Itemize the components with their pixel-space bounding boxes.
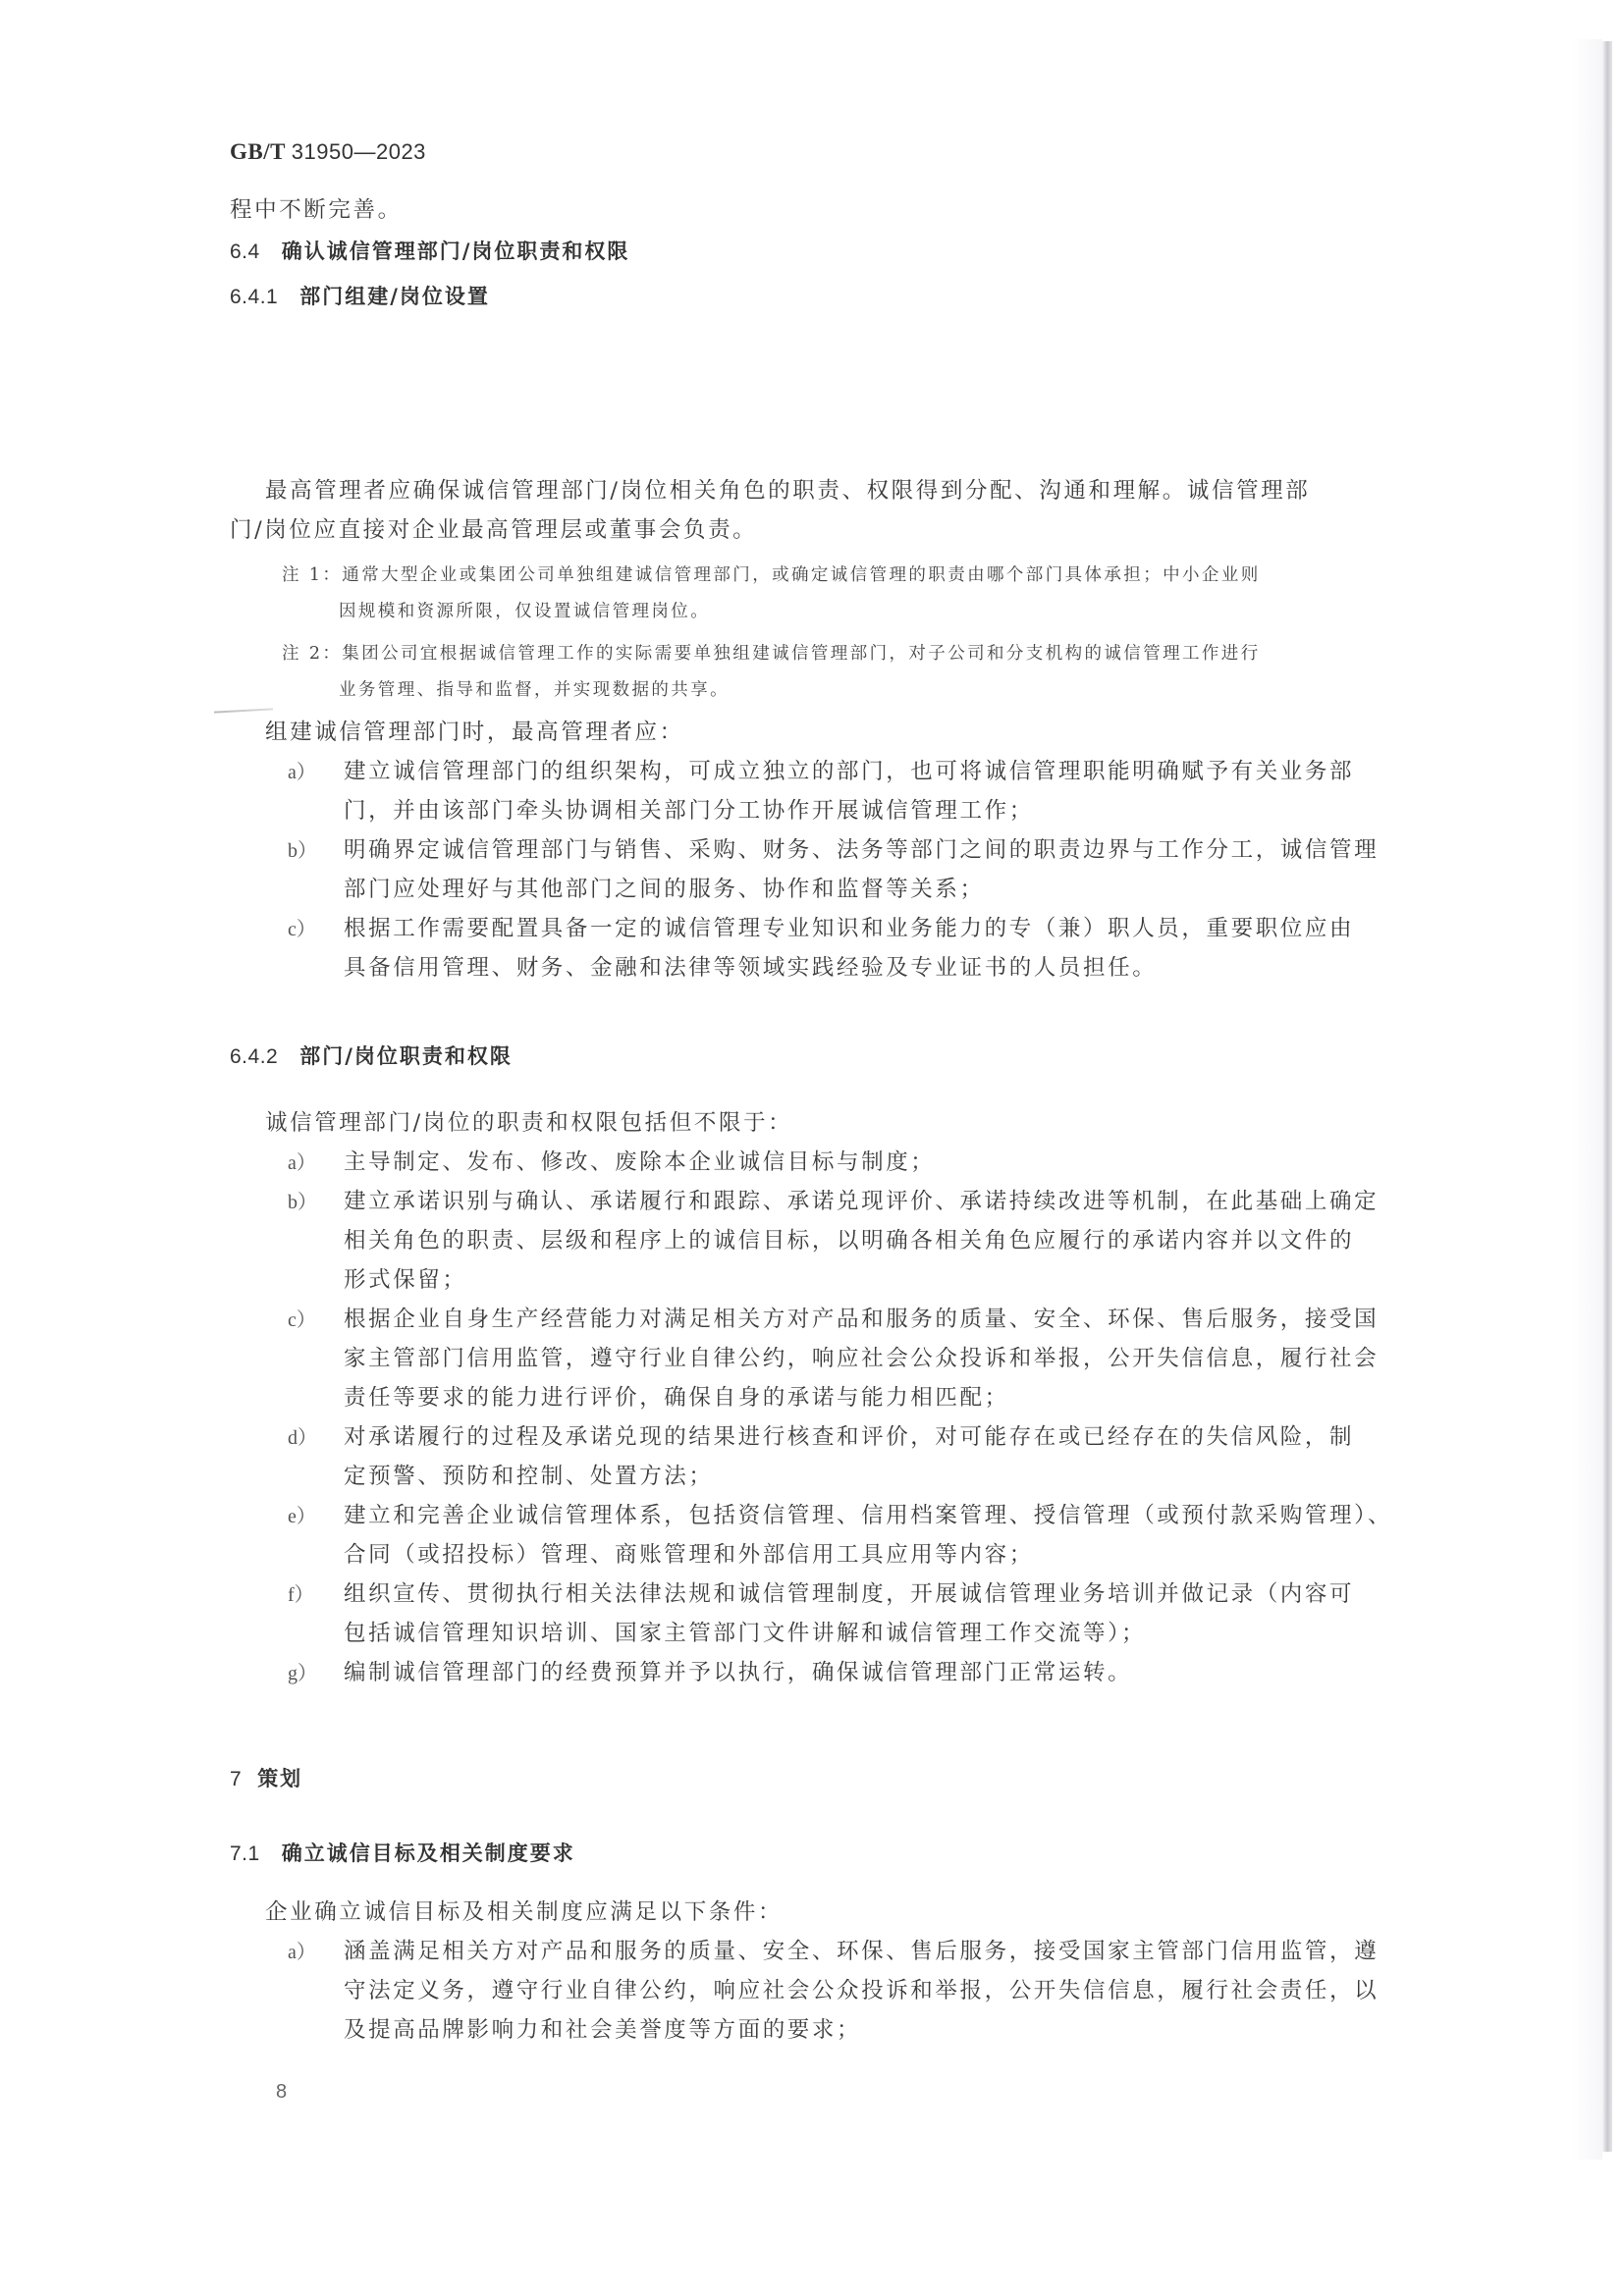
note-text: 通常大型企业或集团公司单独组建诚信管理部门，或确定诚信管理的职责由哪个部门具体承… <box>342 565 1260 585</box>
page-number: 8 <box>276 2081 287 2104</box>
list-item-line: 明确界定诚信管理部门与销售、采购、财务、法务等部门之间的职责边界与工作分工，诚信… <box>344 832 1379 864</box>
page-edge-shadow <box>1571 39 1602 2160</box>
list-item-line: 部门应处理好与其他部门之间的服务、协作和监督等关系； <box>344 872 985 903</box>
list-marker: e） <box>288 1500 316 1528</box>
heading-number: 7 <box>230 1768 242 1790</box>
doc-prefix: GB/T <box>230 139 286 164</box>
intro-text: 诚信管理部门/岗位的职责和权限包括但不限于： <box>265 1105 792 1137</box>
list-item-line: 具备信用管理、财务、金融和法律等领域实践经验及专业证书的人员担任。 <box>344 950 1157 982</box>
heading-title: 策划 <box>257 1767 302 1790</box>
list-item-line: 涵盖满足相关方对产品和服务的质量、安全、环保、售后服务，接受国家主管部门信用监管… <box>344 1934 1379 1965</box>
list-marker: c） <box>288 913 316 941</box>
list-marker: b） <box>288 1186 317 1214</box>
heading-number: 6.4.2 <box>230 1045 278 1068</box>
heading-title: 部门组建/岗位设置 <box>299 285 490 308</box>
heading-number: 6.4 <box>230 240 260 263</box>
list-item-line: 根据工作需要配置具备一定的诚信管理专业知识和业务能力的专（兼）职人员，重要职位应… <box>344 911 1354 942</box>
intro-text: 企业确立诚信目标及相关制度应满足以下条件： <box>265 1895 783 1926</box>
note-2: 注 2：集团公司宜根据诚信管理工作的实际需要单独组建诚信管理部门，对子公司和分支… <box>282 640 1261 665</box>
heading-6-4-2: 6.4.2部门/岗位职责和权限 <box>230 1041 513 1070</box>
doc-number: 31950—2023 <box>292 139 426 164</box>
document-identifier: GB/T 31950—2023 <box>230 139 426 165</box>
list-marker: d） <box>288 1421 317 1450</box>
scan-smudge <box>214 708 273 713</box>
list-marker: a） <box>288 1147 316 1175</box>
continuation-text: 程中不断完善。 <box>230 192 403 224</box>
note-1-continuation: 因规模和资源所限，仅设置诚信管理岗位。 <box>339 598 710 622</box>
list-item-line: 建立诚信管理部门的组织架构，可成立独立的部门，也可将诚信管理职能明确赋予有关业务… <box>344 754 1354 785</box>
list-marker: g） <box>288 1657 317 1685</box>
heading-6-4-1: 6.4.1部门组建/岗位设置 <box>230 281 490 310</box>
heading-7: 7策划 <box>230 1763 302 1792</box>
list-item-line: 包括诚信管理知识培训、国家主管部门文件讲解和诚信管理工作交流等）； <box>344 1616 1146 1647</box>
list-item-line: 建立承诺识别与确认、承诺履行和跟踪、承诺兑现评价、承诺持续改进等机制，在此基础上… <box>344 1184 1379 1215</box>
heading-number: 6.4.1 <box>230 286 278 308</box>
heading-title: 部门/岗位职责和权限 <box>299 1044 513 1068</box>
page-edge <box>1602 41 1612 2152</box>
heading-title: 确立诚信目标及相关制度要求 <box>282 1842 575 1865</box>
list-item-line: 责任等要求的能力进行评价，确保自身的承诺与能力相匹配； <box>344 1380 1009 1412</box>
list-item-line: 门，并由该部门牵头协调相关部门分工协作开展诚信管理工作； <box>344 793 1034 825</box>
list-item-line: 对承诺履行的过程及承诺兑现的结果进行核查和评价，对可能存在或已经存在的失信风险，… <box>344 1419 1354 1451</box>
list-item-line: 编制诚信管理部门的经费预算并予以执行，确保诚信管理部门正常运转。 <box>344 1655 1132 1686</box>
intro-text: 组建诚信管理部门时，最高管理者应： <box>265 715 684 746</box>
list-item-line: 主导制定、发布、修改、废除本企业诚信目标与制度； <box>344 1145 935 1176</box>
list-marker: c） <box>288 1304 316 1332</box>
list-item-line: 家主管部门信用监管，遵守行业自律公约，响应社会公众投诉和举报，公开失信信息，履行… <box>344 1341 1379 1372</box>
list-item-line: 根据企业自身生产经营能力对满足相关方对产品和服务的质量、安全、环保、售后服务，接… <box>344 1302 1379 1333</box>
list-marker: a） <box>288 1936 316 1964</box>
paragraph-line: 最高管理者应确保诚信管理部门/岗位相关角色的职责、权限得到分配、沟通和理解。诚信… <box>265 473 1310 505</box>
list-item-line: 及提高品牌影响力和社会美誉度等方面的要求； <box>344 2012 861 2044</box>
heading-7-1: 7.1确立诚信目标及相关制度要求 <box>230 1838 575 1867</box>
heading-number: 7.1 <box>230 1842 260 1865</box>
note-1: 注 1：通常大型企业或集团公司单独组建诚信管理部门，或确定诚信管理的职责由哪个部… <box>282 561 1261 586</box>
list-marker: f） <box>288 1578 314 1607</box>
list-item-line: 组织宣传、贯彻执行相关法律法规和诚信管理制度，开展诚信管理业务培训并做记录（内容… <box>344 1576 1354 1608</box>
list-item-line: 守法定义务，遵守行业自律公约，响应社会公众投诉和举报，公开失信信息，履行社会责任… <box>344 1973 1379 2004</box>
note-text: 集团公司宜根据诚信管理工作的实际需要单独组建诚信管理部门，对子公司和分支机构的诚… <box>342 644 1260 664</box>
note-2-continuation: 业务管理、指导和监督，并实现数据的共享。 <box>339 676 730 701</box>
heading-title: 确认诚信管理部门/岗位职责和权限 <box>282 240 630 263</box>
list-marker: b） <box>288 834 317 863</box>
heading-6-4: 6.4确认诚信管理部门/岗位职责和权限 <box>230 236 629 265</box>
list-item-line: 相关角色的职责、层级和程序上的诚信目标，以明确各相关角色应履行的承诺内容并以文件… <box>344 1223 1354 1255</box>
note-label: 注 2： <box>282 644 342 664</box>
list-marker: a） <box>288 756 316 784</box>
paragraph-line: 门/岗位应直接对企业最高管理层或董事会负责。 <box>230 512 757 544</box>
note-label: 注 1： <box>282 565 342 585</box>
list-item-line: 形式保留； <box>344 1262 467 1294</box>
list-item-line: 定预警、预防和控制、处置方法； <box>344 1459 714 1490</box>
list-item-line: 合同（或招投标）管理、商账管理和外部信用工具应用等内容； <box>344 1537 1034 1569</box>
list-item-line: 建立和完善企业诚信管理体系，包括资信管理、信用档案管理、授信管理（或预付款采购管… <box>344 1498 1392 1529</box>
